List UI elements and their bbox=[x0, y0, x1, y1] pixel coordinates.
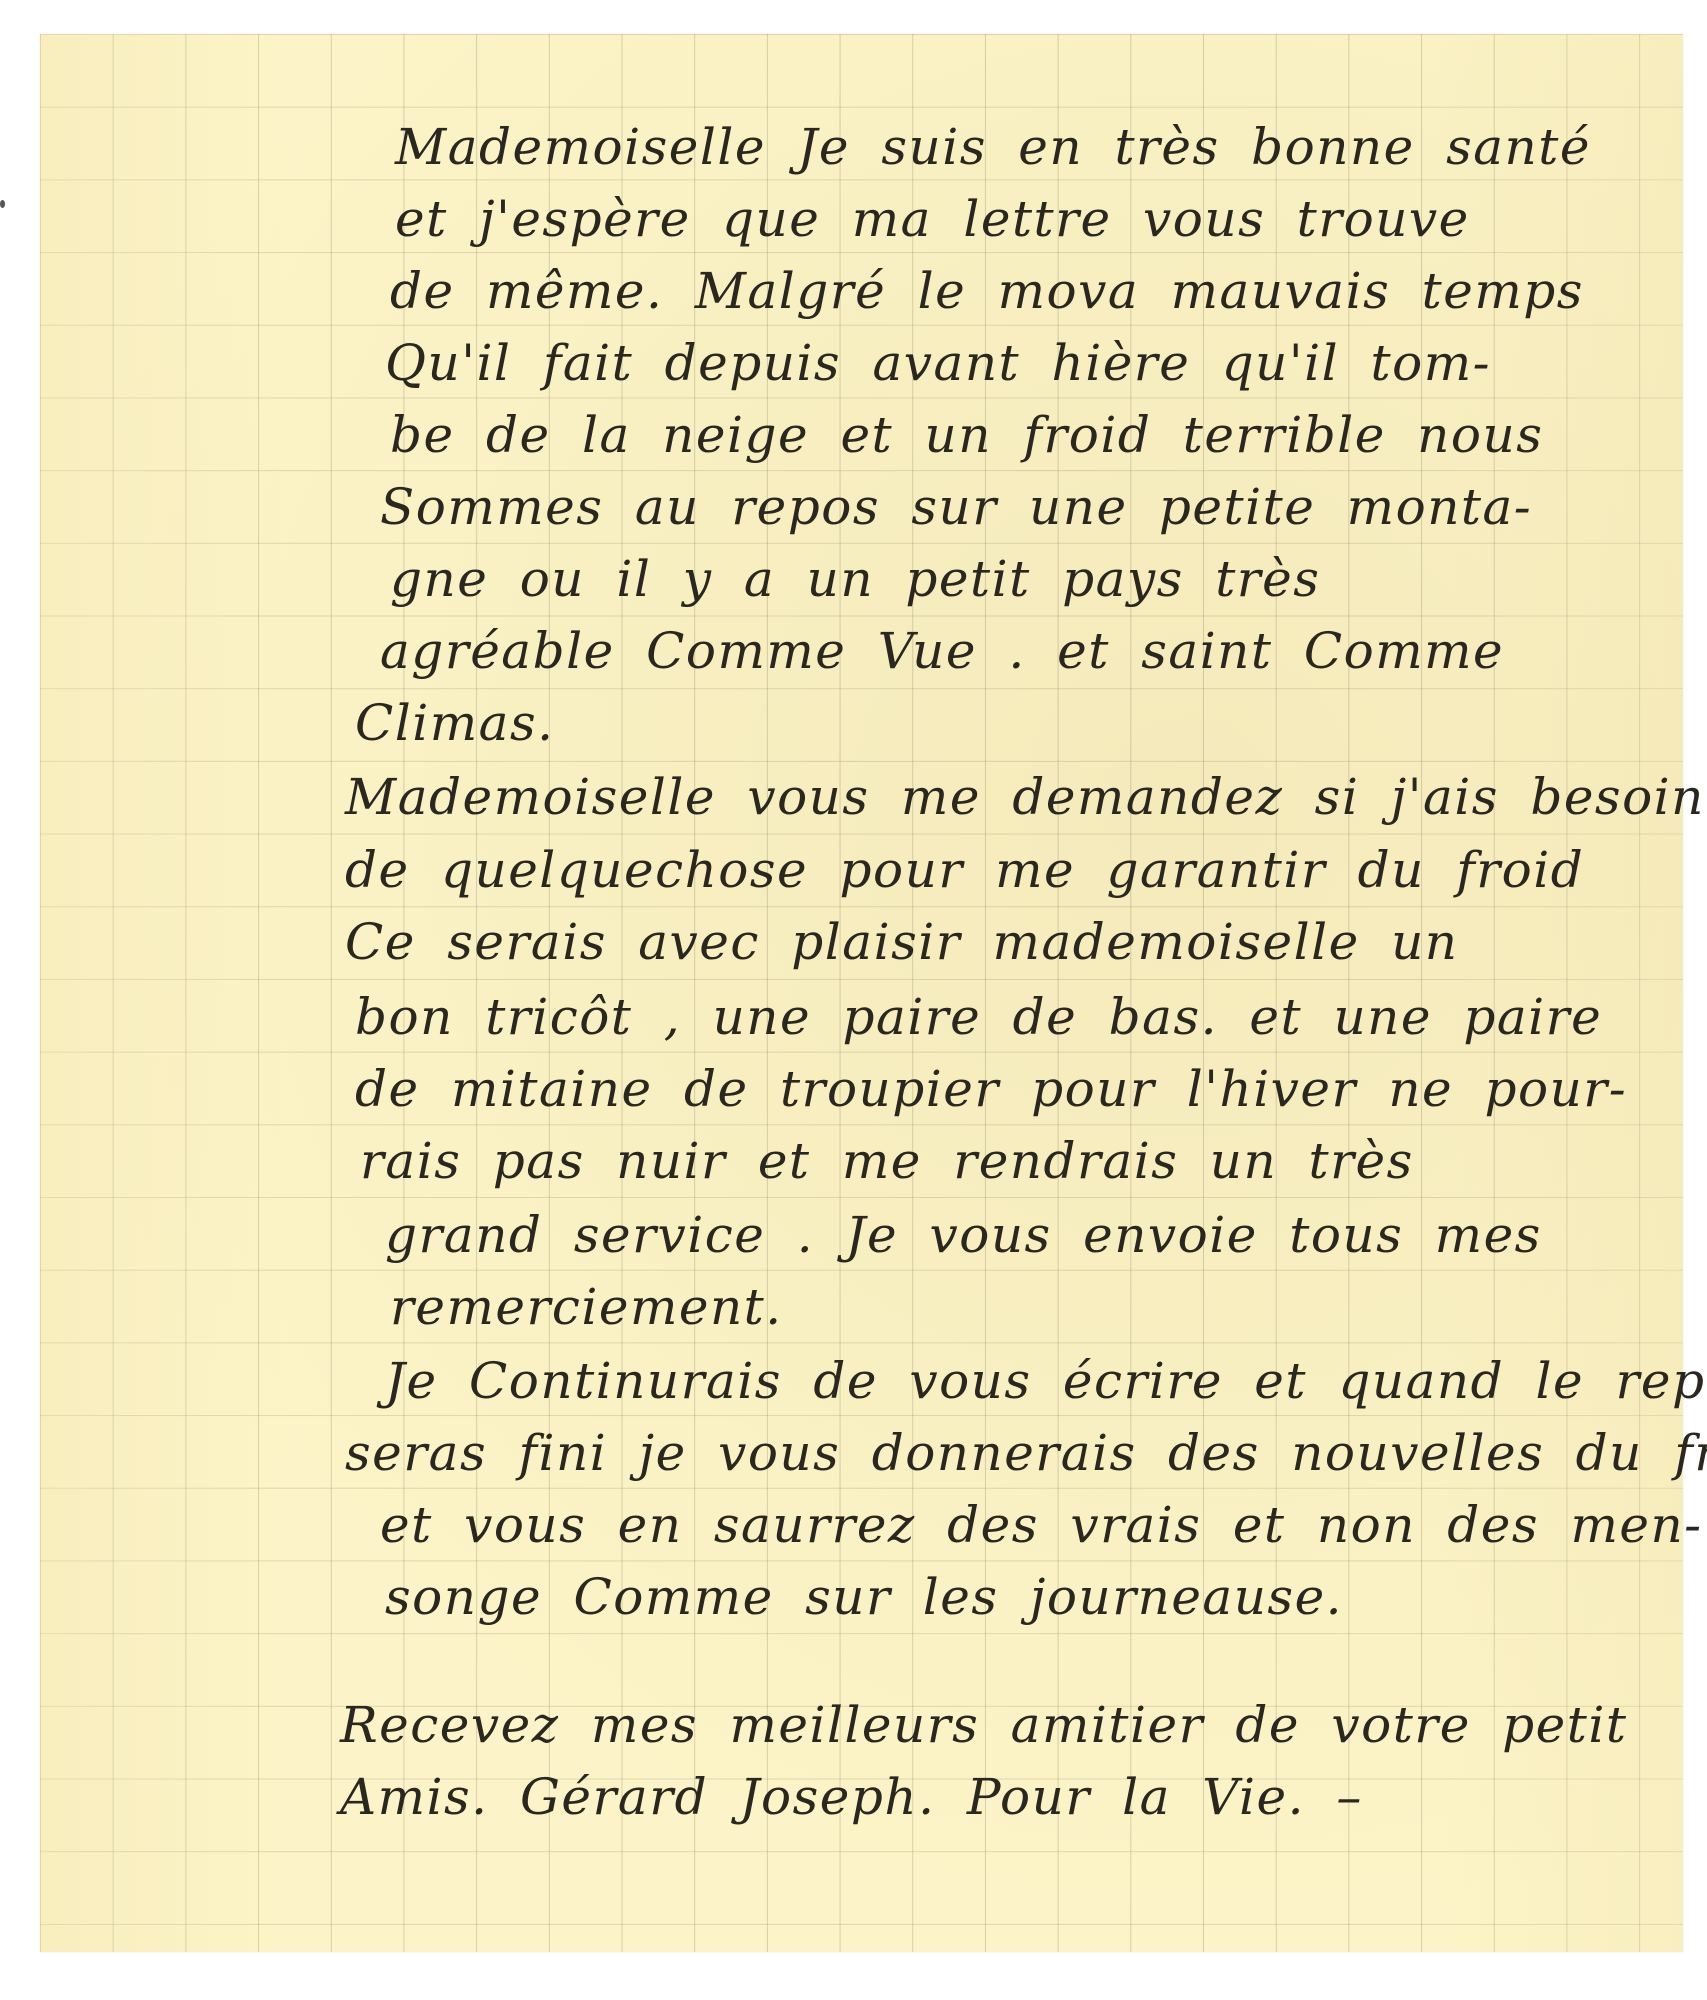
letter-line-19: seras fini je vous donnerais des nouvell… bbox=[345, 1428, 1707, 1478]
letter-line-5: be de la neige et un froid terrible nous bbox=[390, 410, 1543, 460]
letter-line-9: Climas. bbox=[355, 698, 555, 748]
letter-line-3: de même. Malgré le mova mauvais temps bbox=[390, 266, 1584, 316]
letter-line-10: Mademoiselle vous me demandez si j'ais b… bbox=[345, 772, 1705, 822]
stray-ink-dot bbox=[0, 200, 5, 208]
letter-page: Mademoiselle Je suis en très bonne santé… bbox=[40, 34, 1683, 1952]
letter-body: Mademoiselle Je suis en très bonne santé… bbox=[40, 34, 1683, 1952]
letter-line-2: et j'espère que ma lettre vous trouve bbox=[395, 194, 1470, 244]
letter-line-18: Je Continurais de vous écrire et quand l… bbox=[385, 1356, 1707, 1406]
letter-signature-line: Amis. Gérard Joseph. Pour la Vie. – bbox=[340, 1772, 1363, 1822]
letter-line-13: bon tricôt , une paire de bas. et une pa… bbox=[355, 992, 1602, 1042]
letter-line-15: rais pas nuir et me rendrais un très bbox=[360, 1136, 1414, 1186]
letter-line-11: de quelquechose pour me garantir du froi… bbox=[345, 845, 1584, 895]
letter-line-6: Sommes au repos sur une petite monta- bbox=[380, 482, 1532, 532]
letter-line-17: remerciement. bbox=[390, 1282, 783, 1332]
letter-line-16: grand service . Je vous envoie tous mes bbox=[385, 1210, 1542, 1260]
letter-line-14: de mitaine de troupier pour l'hiver ne p… bbox=[355, 1064, 1627, 1114]
letter-line-21: songe Comme sur les journeause. bbox=[385, 1572, 1343, 1622]
letter-line-4: Qu'il fait depuis avant hière qu'il tom- bbox=[385, 338, 1491, 388]
letter-line-8: agréable Comme Vue . et saint Comme bbox=[380, 626, 1504, 676]
letter-line-7: gne ou il y a un petit pays très bbox=[390, 554, 1320, 604]
letter-line-20: et vous en saurrez des vrais et non des … bbox=[380, 1500, 1703, 1550]
letter-line-12: Ce serais avec plaisir mademoiselle un bbox=[345, 917, 1458, 967]
letter-closing-line: Recevez mes meilleurs amitier de votre p… bbox=[340, 1700, 1627, 1750]
letter-line-1: Mademoiselle Je suis en très bonne santé bbox=[395, 122, 1591, 172]
